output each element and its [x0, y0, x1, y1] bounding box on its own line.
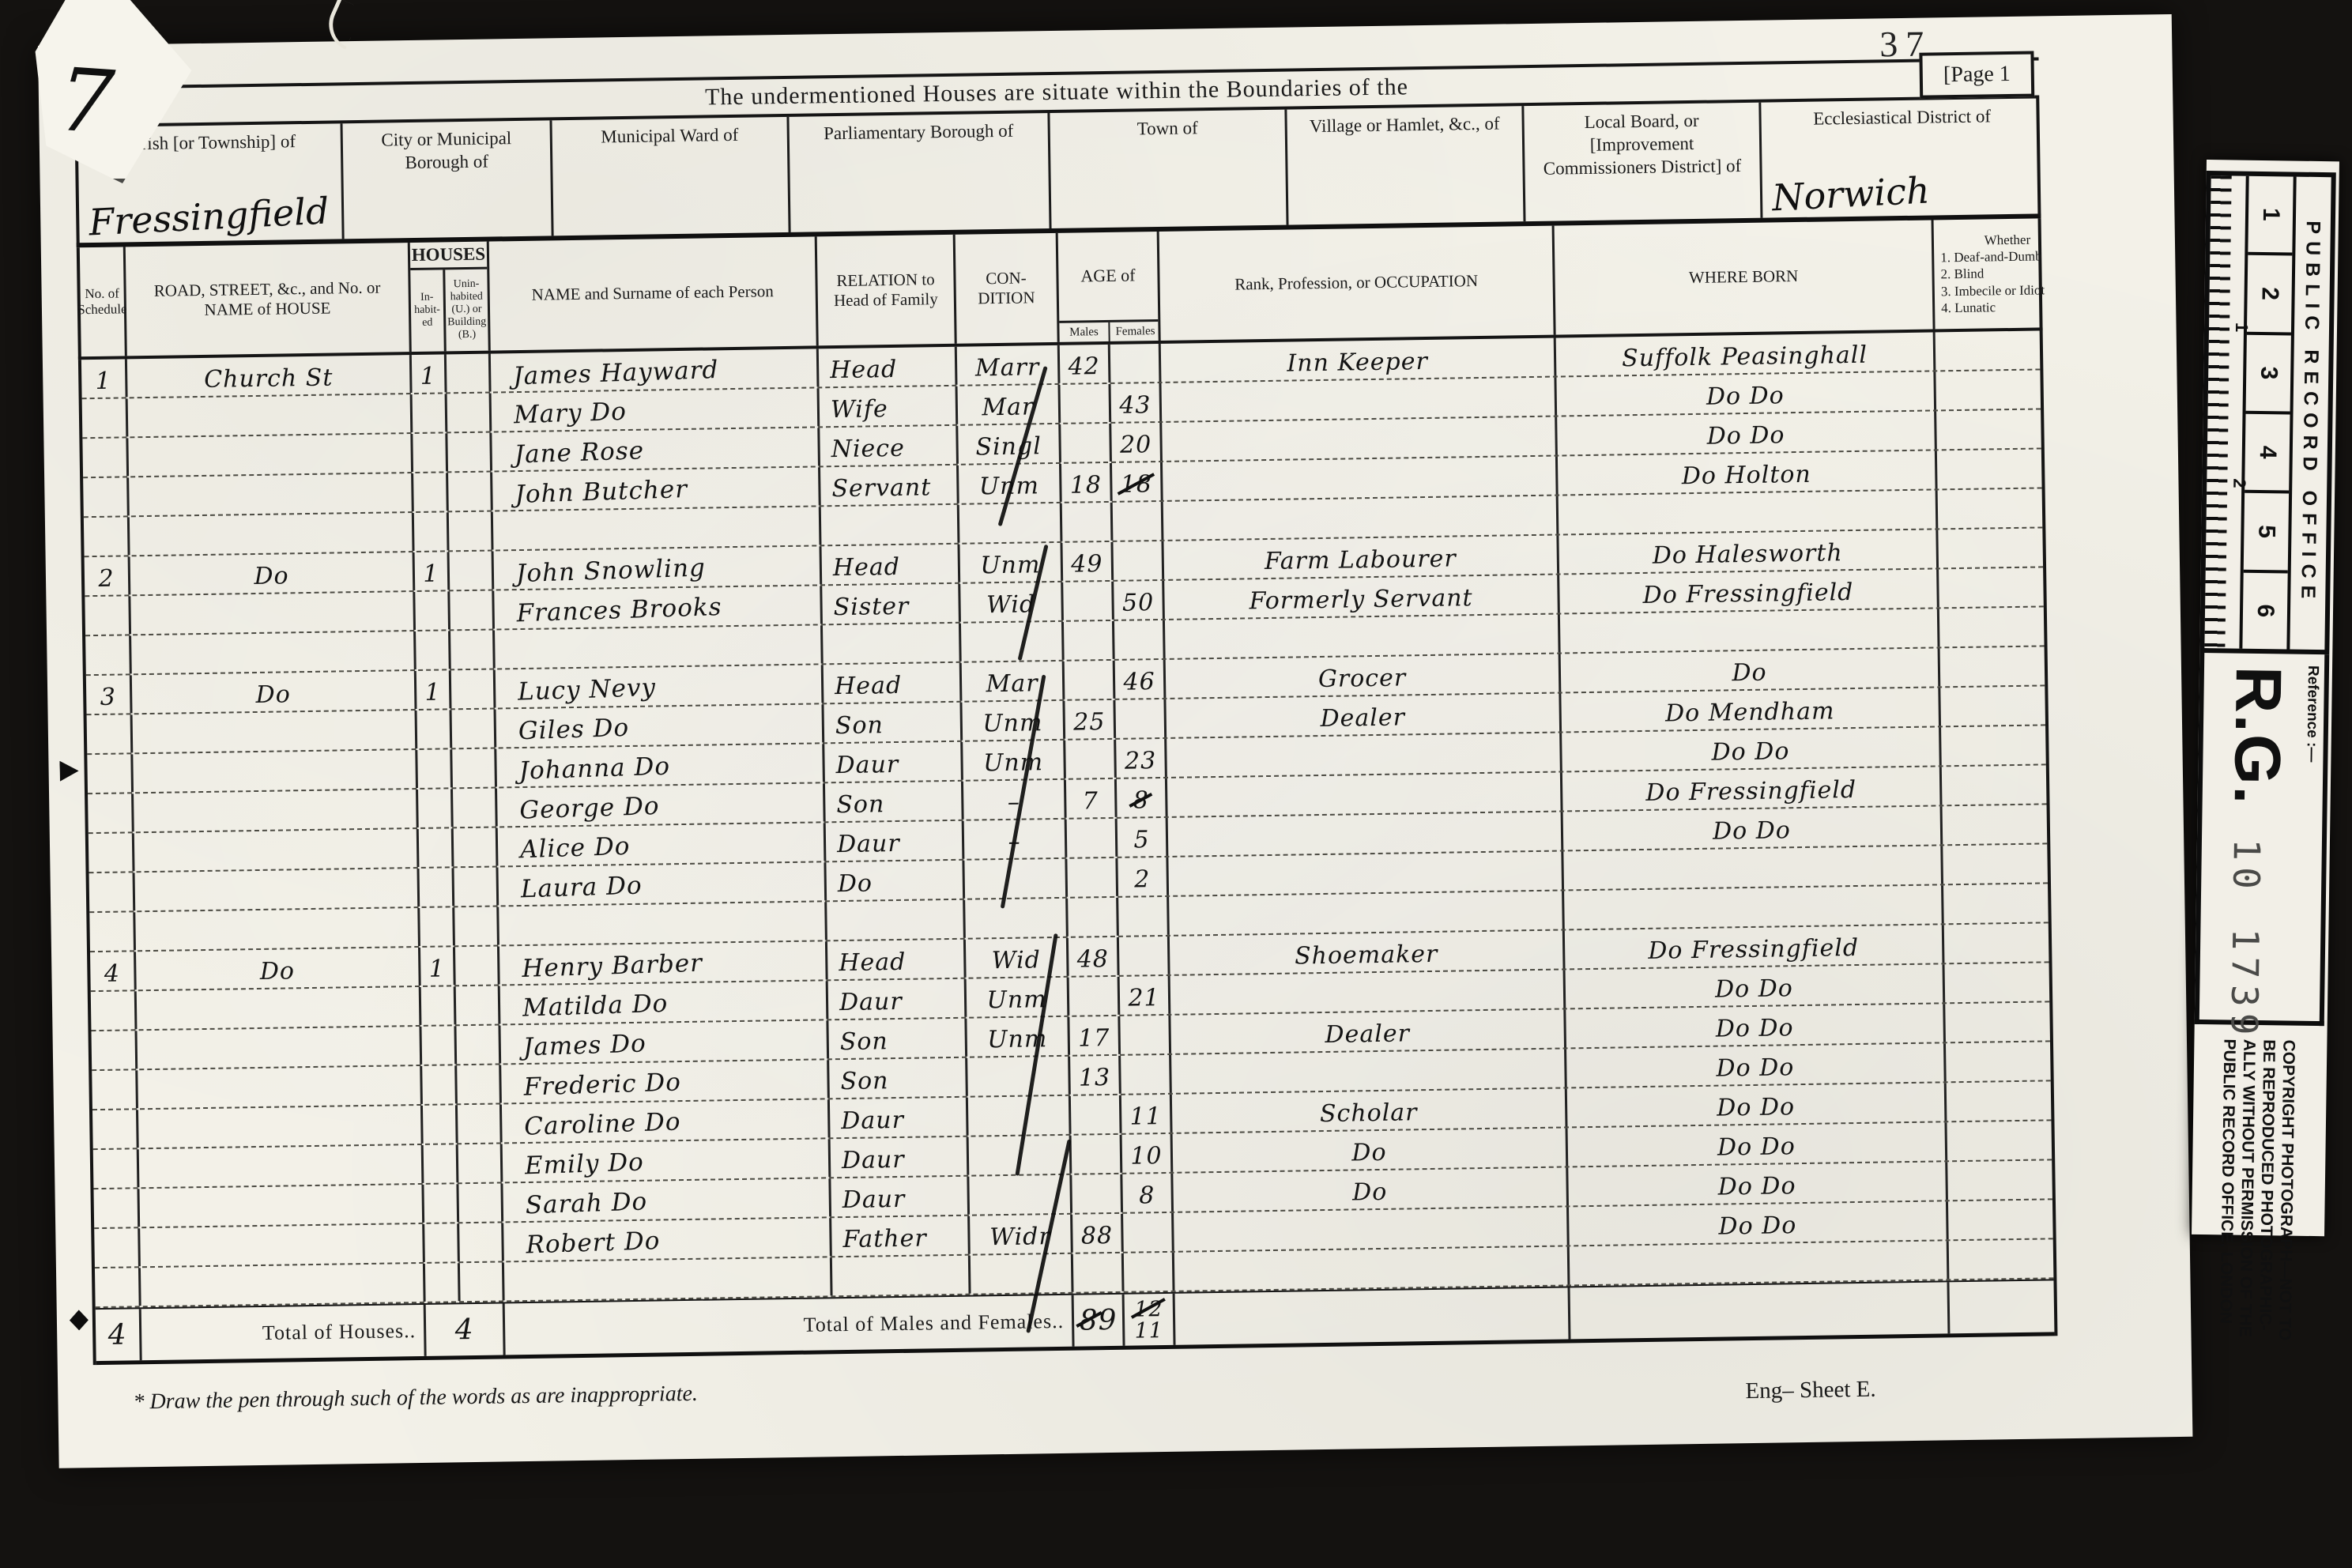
cell-inhabited	[417, 749, 453, 788]
cell-age-female	[1123, 1213, 1174, 1252]
cell-road	[135, 908, 420, 950]
cell-where-born	[1559, 490, 1939, 533]
cell-name: John Snowling	[494, 546, 823, 589]
pro-stamp-inner: PUBLIC RECORD OFFICE 1 2 3 4 5 6 1 2 Ref…	[2192, 160, 2336, 1233]
cell-where-born: Do Fressingfield	[1565, 925, 1945, 968]
cell-schedule	[85, 596, 131, 635]
cell-road	[138, 1027, 423, 1069]
age-female-struck: 8	[1133, 789, 1150, 812]
cell-age-male	[1061, 384, 1112, 423]
name-value: Matilda Do	[522, 992, 669, 1021]
cell-name: Robert Do	[503, 1218, 832, 1261]
loc-ward-label: Municipal Ward of	[560, 123, 779, 149]
cell-name	[499, 902, 827, 944]
totals-males-struck: 8	[1079, 1306, 1098, 1335]
cell-schedule	[89, 873, 136, 911]
cell-road	[134, 790, 419, 831]
cell-uninhabited	[456, 1025, 501, 1064]
cell-occupation: Farm Labourer	[1163, 536, 1559, 579]
cell-inhabited	[419, 868, 454, 906]
totals-females-cell: 12 11	[1125, 1294, 1176, 1346]
copyright-line: PUBLIC RECORD OFFICE, LONDON	[2215, 1038, 2240, 1340]
where-born-value: Do Do	[1716, 1056, 1794, 1080]
totals-mf-label-cell: Total of Males and Females..	[505, 1295, 1075, 1355]
loc-local-board-label: Local Board, or [Improvement Commissione…	[1532, 109, 1751, 180]
where-born-value: Do Fressingfield	[1648, 937, 1859, 963]
cell-disability	[1936, 409, 2079, 450]
relation-value: Daur	[839, 990, 903, 1015]
cell-relation: Daur	[828, 979, 967, 1020]
name-value: George Do	[519, 794, 660, 824]
cell-name: James Hayward	[491, 349, 820, 391]
cell-age-female: 23	[1116, 739, 1167, 778]
inch-number: 1	[2231, 322, 2252, 333]
cell-uninhabited	[458, 1104, 503, 1143]
age-female-value: 46	[1123, 670, 1155, 695]
loc-parliamentary-value	[801, 221, 1045, 233]
loc-village-value	[1298, 214, 1519, 225]
name-value: John Snowling	[516, 556, 707, 586]
cell-condition	[971, 1254, 1074, 1294]
condition-value: Marr	[975, 356, 1040, 380]
cell-age-female	[1118, 897, 1170, 936]
cell-age-female	[1119, 937, 1170, 975]
loc-ecclesiastical: Ecclesiastical District of Norwich	[1761, 98, 2044, 217]
cell-relation: Head	[827, 940, 967, 980]
cell-age-female: 18	[1112, 462, 1163, 501]
cell-disability	[1938, 488, 2081, 529]
cell-inhabited	[417, 710, 453, 748]
cell-condition: Unm	[962, 701, 1065, 741]
cell-age-female	[1124, 1253, 1175, 1291]
age-male-value: 18	[1070, 473, 1102, 498]
cell-occupation	[1165, 615, 1561, 658]
relation-value: Father	[842, 1227, 927, 1252]
cell-relation: Servant	[820, 465, 959, 506]
totals-females-stack: 12 11	[1134, 1298, 1163, 1342]
cell-age-female: 43	[1110, 383, 1162, 422]
pro-ruler-numbers: 1 2 3 4 5 6	[2239, 176, 2293, 650]
where-born-value: Do	[1732, 661, 1767, 686]
age-male-value: 7	[1083, 790, 1099, 813]
cell-disability	[1941, 726, 2084, 766]
loc-ecclesiastical-value: Norwich	[1771, 164, 2040, 220]
col-age-sub: Males Females	[1059, 319, 1158, 342]
cell-road: Church St	[127, 355, 413, 397]
cell-age-male	[1072, 1174, 1123, 1213]
cell-inhabited	[421, 1026, 457, 1065]
totals-males-cell: 8 9	[1074, 1295, 1125, 1347]
table-body: 1 Church St 1 James Hayward Head Marr 42…	[78, 330, 2058, 1365]
name-value: James Hayward	[513, 358, 719, 389]
inhabited-value: 1	[429, 957, 446, 981]
col-road: ROAD, STREET, &c., and No. or NAME of HO…	[126, 243, 412, 356]
cell-where-born	[1560, 609, 1940, 652]
loc-town: Town of	[1050, 110, 1288, 228]
name-value: Alice Do	[520, 835, 631, 862]
cell-road	[139, 1145, 424, 1187]
cell-where-born	[1564, 885, 1944, 929]
cell-disability	[1939, 607, 2082, 647]
cell-disability	[1945, 963, 2088, 1003]
cell-occupation	[1167, 772, 1563, 816]
where-born-value: Do Do	[1716, 1016, 1794, 1041]
cell-name: Lucy Nevy	[496, 665, 824, 707]
name-value: Lucy Nevy	[518, 676, 657, 705]
census-sheet: 37 The undermentioned Houses are situate…	[38, 14, 2192, 1468]
cell-age-female	[1115, 699, 1167, 738]
cell-uninhabited	[454, 906, 499, 945]
col-males: Males	[1059, 322, 1110, 342]
age-female-struck: 18	[1121, 473, 1153, 497]
cell-disability	[1940, 646, 2083, 687]
cell-name: Jane Rose	[492, 428, 820, 470]
cell-where-born: Do Halesworth	[1559, 530, 1939, 573]
cell-name: Matilda Do	[500, 981, 829, 1023]
road-value: Church St	[204, 367, 334, 392]
cell-name: Frances Brooks	[494, 586, 823, 628]
cell-age-female: 46	[1115, 660, 1167, 699]
cell-name	[504, 1257, 833, 1300]
cell-occupation	[1169, 891, 1565, 934]
col-houses: HOUSES In-habit-ed Unin-habited (U.) or …	[410, 242, 491, 352]
cell-age-male	[1065, 740, 1117, 778]
cell-schedule	[91, 991, 138, 1030]
cell-condition: Singl	[958, 424, 1061, 464]
where-born-value: Do Do	[1713, 819, 1791, 843]
cell-disability	[1938, 528, 2081, 568]
reference-line: R.G. 10 1739	[2215, 665, 2295, 1042]
col-uninhabited: Unin-habited (U.) or Building (B.)	[445, 269, 488, 351]
page-label-box: [Page 1	[1920, 51, 2035, 99]
cell-inhabited	[413, 433, 448, 472]
relation-value: Son	[840, 1069, 888, 1094]
totals-born-cell	[1570, 1282, 1951, 1339]
ruler-number: 3	[2246, 334, 2291, 414]
cell-schedule	[82, 398, 129, 437]
cell-where-born: Do Mendham	[1561, 688, 1941, 731]
census-scan-page: { "page": { "folio_number": "37", "page_…	[0, 0, 2352, 1568]
page-label: [Page 1	[1943, 62, 2011, 88]
occupation-value: Farm Labourer	[1265, 547, 1457, 574]
cell-age-female	[1113, 541, 1164, 580]
relation-value: Sister	[833, 595, 909, 620]
cell-age-female: 10	[1122, 1134, 1174, 1173]
cell-road	[138, 1106, 424, 1148]
totals-females-struck: 12	[1134, 1298, 1163, 1321]
cell-age-male	[1064, 621, 1115, 660]
whether-line: 1. Deaf-and-Dumb	[1940, 248, 2042, 266]
col-age-title: AGE of	[1058, 232, 1159, 321]
cell-age-female	[1120, 1016, 1171, 1054]
cell-where-born: Do Do	[1566, 964, 1946, 1008]
age-male-value: 13	[1079, 1066, 1111, 1091]
cell-uninhabited	[452, 709, 497, 748]
cell-age-female: 50	[1114, 581, 1165, 620]
col-schedule: No. of Schedule	[80, 247, 127, 356]
loc-village-label: Village or Hamlet, &c., of	[1295, 112, 1513, 138]
condition-value: Mar	[982, 395, 1034, 420]
cell-schedule: 1	[81, 359, 128, 398]
cell-relation: Niece	[820, 426, 959, 466]
occupation-value: Dealer	[1325, 1022, 1410, 1047]
col-age: AGE of Males Females	[1058, 232, 1161, 342]
cell-age-male	[1071, 1095, 1122, 1134]
loc-parliamentary: Parliamentary Borough of	[789, 113, 1051, 232]
cell-occupation: Inn Keeper	[1161, 338, 1557, 382]
cell-schedule	[85, 635, 132, 674]
cell-road	[139, 1185, 424, 1227]
cell-relation: Son	[825, 782, 964, 822]
cell-age-female: 8	[1122, 1174, 1174, 1212]
cell-inhabited	[420, 907, 455, 946]
cell-uninhabited	[456, 986, 501, 1024]
totals-schedule: 4	[96, 1309, 142, 1361]
relation-value: Do	[838, 872, 873, 896]
whether-line: 3. Imbecile or Idiot	[1941, 281, 2045, 300]
loc-parliamentary-label: Parliamentary Borough of	[797, 119, 1040, 145]
cell-age-male	[1063, 582, 1114, 620]
cell-age-male	[1069, 977, 1121, 1016]
cell-occupation	[1174, 1246, 1570, 1290]
cell-road	[128, 394, 413, 436]
cell-age-male	[1068, 898, 1119, 937]
condition-value: Unm	[986, 988, 1046, 1012]
name-value: Henry Barber	[522, 952, 703, 982]
cell-disability	[1947, 1160, 2090, 1200]
totals-houses-value: 4	[454, 1315, 473, 1344]
pro-ruler: PUBLIC RECORD OFFICE 1 2 3 4 5 6 1 2	[2199, 171, 2336, 654]
cell-relation: Daur	[824, 742, 963, 782]
cell-uninhabited	[455, 946, 500, 985]
cell-age-male	[1065, 661, 1116, 699]
where-born-value: Do Halesworth	[1653, 541, 1843, 568]
age-female-value: 8	[1139, 1184, 1155, 1208]
where-born-value: Do Holton	[1682, 463, 1811, 488]
cell-occupation: Scholar	[1172, 1088, 1568, 1132]
inhabited-value: 1	[420, 365, 436, 389]
relation-value: Servant	[831, 476, 931, 501]
pro-stamp-strip: PUBLIC RECORD OFFICE 1 2 3 4 5 6 1 2 Ref…	[2192, 160, 2339, 1236]
cell-disability	[1937, 449, 2080, 489]
cell-age-male: 88	[1072, 1214, 1124, 1253]
totals-mf-label: Total of Males and Females..	[803, 1309, 1064, 1336]
margin-diamond-mark	[70, 1310, 89, 1330]
cell-age-male	[1072, 1135, 1123, 1174]
cell-relation: Sister	[822, 584, 961, 624]
cell-name: Johanna Do	[496, 744, 825, 786]
cell-inhabited	[424, 1223, 460, 1262]
cell-age-female: 20	[1111, 423, 1163, 462]
cell-age-male	[1067, 858, 1118, 897]
sheet-label: Eng– Sheet E.	[1745, 1377, 1876, 1404]
cell-condition: Unm	[967, 1017, 1070, 1057]
cell-condition	[961, 622, 1065, 661]
cell-where-born: Do Do	[1566, 1043, 1947, 1087]
cell-uninhabited	[458, 1183, 503, 1222]
age-female-value: 43	[1119, 394, 1151, 418]
occupation-value: Scholar	[1320, 1101, 1418, 1126]
cell-uninhabited	[450, 631, 496, 669]
cell-condition: Unm	[959, 543, 1063, 582]
cell-age-male	[1073, 1253, 1125, 1292]
cell-name	[495, 625, 824, 668]
ruler-number: 2	[2247, 255, 2292, 335]
col-houses-sub: In-habit-ed Unin-habited (U.) or Buildin…	[410, 269, 488, 352]
cell-uninhabited	[453, 788, 498, 827]
age-male-value: 42	[1068, 355, 1100, 379]
cell-where-born: Do Fressingfield	[1562, 767, 1943, 810]
cell-inhabited	[421, 986, 457, 1025]
totals-males-value: 9	[1098, 1306, 1117, 1334]
cell-relation: Father	[831, 1216, 971, 1257]
cell-age-female	[1121, 1055, 1172, 1094]
cell-disability	[1935, 370, 2079, 410]
name-value: Johanna Do	[518, 755, 670, 784]
cell-occupation	[1168, 851, 1564, 895]
cell-age-male: 17	[1069, 1016, 1121, 1055]
cell-inhabited	[413, 473, 449, 511]
cell-name: Frederic Do	[501, 1060, 830, 1102]
corner-note: 7	[55, 49, 118, 154]
cell-uninhabited	[451, 670, 496, 709]
where-born-value: Do Do	[1718, 1214, 1796, 1238]
cell-road: Do	[130, 552, 416, 594]
cell-uninhabited	[458, 1144, 503, 1182]
cell-condition: Widr	[970, 1215, 1073, 1254]
condition-value: Unm	[980, 553, 1040, 578]
cell-occupation: Do	[1173, 1128, 1569, 1171]
cell-occupation	[1167, 733, 1562, 776]
name-value: Giles Do	[518, 716, 629, 744]
occupation-value: Grocer	[1318, 666, 1407, 692]
totals-schedule-value: 4	[107, 1321, 126, 1349]
cell-schedule	[92, 1110, 139, 1148]
where-born-value: Do Fressingfield	[1642, 581, 1853, 608]
loc-ward-value	[563, 225, 784, 236]
cell-disability	[1949, 1239, 2092, 1280]
cell-schedule	[88, 793, 134, 832]
cell-age-male: 25	[1065, 700, 1116, 739]
relation-value: Wife	[831, 398, 888, 422]
age-female-value: 2	[1134, 868, 1151, 891]
name-value: James Do	[522, 1031, 646, 1060]
reference-block: Reference :— R.G. 10 1739	[2195, 653, 2330, 1026]
loc-city: City or Municipal Borough of	[343, 120, 554, 239]
copyright-line: BE REPRODUCED PHOTOGRAPHIC-	[2255, 1039, 2279, 1340]
cell-where-born	[1563, 846, 1943, 889]
col-inhabited: In-habit-ed	[410, 269, 447, 352]
cell-relation: Son	[829, 1058, 968, 1099]
occupation-value: Shoemaker	[1295, 943, 1438, 969]
relation-value: Daur	[841, 1109, 904, 1133]
cell-uninhabited	[452, 748, 497, 787]
cell-age-female	[1114, 620, 1166, 659]
cell-inhabited	[423, 1105, 458, 1144]
copyright-line: ALLY WITHOUT PERMISSION OF THE	[2235, 1039, 2260, 1340]
col-houses-title: HOUSES	[410, 242, 488, 270]
cell-name: Giles Do	[496, 704, 825, 747]
col-females: Females	[1110, 322, 1160, 341]
age-female-value: 5	[1133, 828, 1150, 852]
road-value: Do	[255, 683, 291, 707]
cell-condition: Unm	[967, 978, 1070, 1017]
inhabited-value: 1	[424, 681, 441, 705]
cell-where-born: Do Fressingfield	[1559, 569, 1939, 612]
age-female-value: 23	[1125, 749, 1157, 774]
age-female-value: 11	[1129, 1105, 1162, 1129]
cell-where-born: Do Do	[1557, 411, 1937, 454]
cell-age-male: 49	[1062, 542, 1114, 581]
cell-age-female: 21	[1120, 976, 1171, 1015]
ruler-number: 4	[2245, 414, 2290, 494]
cell-relation: Daur	[831, 1177, 970, 1217]
cell-inhabited: 1	[412, 354, 447, 393]
age-female-value: 50	[1122, 591, 1155, 616]
cell-occupation: Do	[1173, 1167, 1569, 1211]
inhabited-value: 1	[423, 563, 439, 586]
cell-age-male	[1067, 819, 1118, 857]
cell-age-female: 8	[1117, 778, 1168, 817]
cell-name: James Do	[500, 1020, 829, 1063]
totals-houses-label-cell: Total of Houses..	[141, 1305, 427, 1360]
cell-road	[133, 750, 418, 792]
cell-relation: Head	[819, 347, 958, 387]
cell-occupation: Dealer	[1170, 1009, 1566, 1053]
cell-age-male	[1062, 503, 1114, 541]
where-born-value: Do Mendham	[1665, 699, 1835, 726]
age-male-value: 17	[1078, 1027, 1110, 1051]
cell-schedule	[87, 754, 134, 793]
cell-name: Henry Barber	[499, 941, 828, 984]
pro-office-label: PUBLIC RECORD OFFICE	[2286, 177, 2331, 650]
cell-schedule	[95, 1268, 141, 1306]
where-born-value: Do Do	[1715, 977, 1793, 1001]
copyright-notice: COPYRIGHT PHOTOGRAPH—NOT TO BE REPRODUCE…	[2190, 1024, 2324, 1341]
cell-condition: Mar	[962, 661, 1065, 701]
col-occupation: Rank, Profession, or OCCUPATION	[1159, 226, 1556, 341]
cell-where-born: Do Do	[1569, 1201, 1949, 1245]
cell-schedule: 2	[85, 556, 131, 595]
cell-schedule	[93, 1189, 140, 1227]
name-value: Frederic Do	[523, 1070, 681, 1099]
where-born-value: Do Do	[1718, 1174, 1796, 1199]
cell-condition	[967, 1057, 1071, 1096]
cell-name: Sarah Do	[503, 1178, 831, 1221]
cell-name: Alice Do	[498, 823, 827, 865]
cell-schedule	[84, 517, 130, 556]
cell-where-born: Do Do	[1568, 1122, 1948, 1166]
cell-inhabited	[419, 828, 454, 867]
cell-road	[134, 829, 420, 871]
cell-schedule	[92, 1070, 138, 1109]
age-female-value: 10	[1130, 1144, 1163, 1169]
cell-relation: Son	[828, 1019, 967, 1059]
copyright-line: COPYRIGHT PHOTOGRAPH—NOT TO	[2275, 1039, 2299, 1340]
where-born-value: Do Do	[1717, 1095, 1795, 1120]
cell-schedule: 4	[90, 952, 137, 990]
page-title: The undermentioned Houses are situate wi…	[705, 73, 1408, 111]
totals-dis-cell	[1949, 1280, 2092, 1334]
loc-city-value	[354, 229, 547, 239]
cell-occupation	[1162, 417, 1558, 461]
schedule-value: 3	[100, 686, 116, 710]
loc-local-board: Local Board, or [Improvement Commissione…	[1524, 103, 1762, 221]
condition-value: Wid	[992, 948, 1042, 973]
cell-where-born: Do Do	[1566, 1004, 1946, 1047]
inch-number: 2	[2229, 478, 2249, 488]
cell-occupation: Dealer	[1166, 693, 1562, 737]
